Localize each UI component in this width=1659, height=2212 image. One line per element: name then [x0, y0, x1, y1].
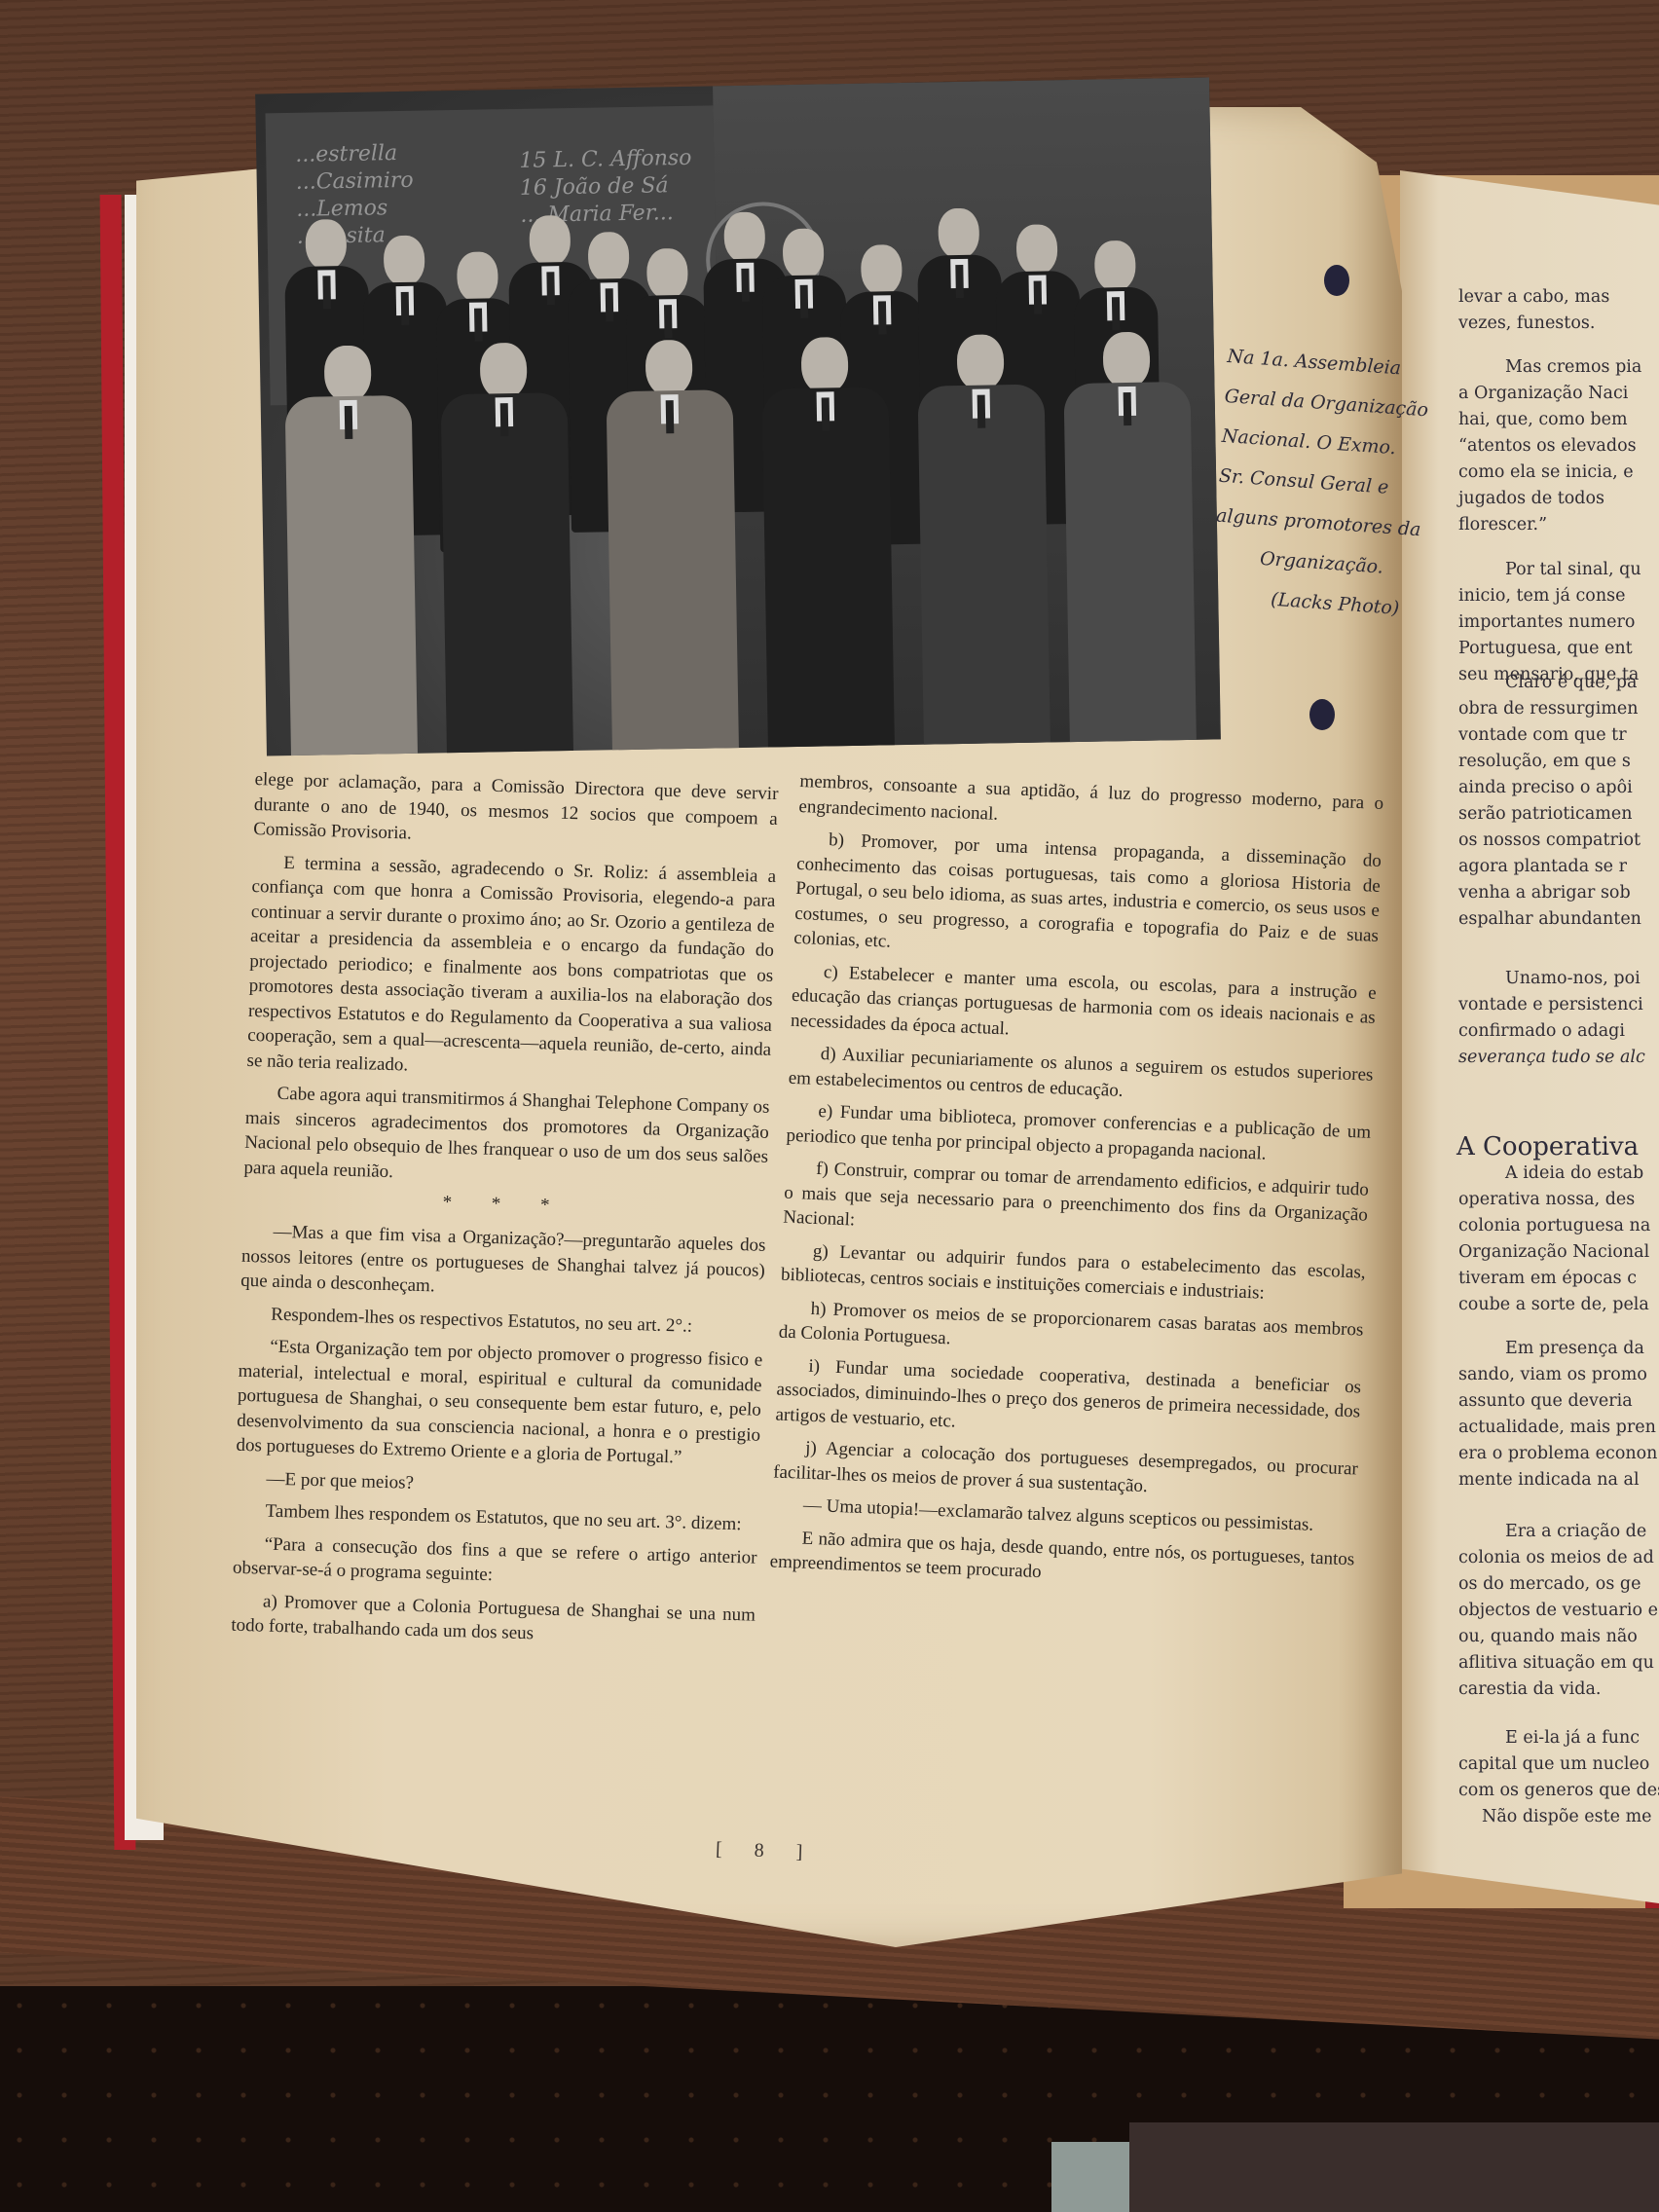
paragraph: Era a criação decolonia os meios de ados… — [1458, 1519, 1658, 1703]
text-line: Por tal sinal, qu — [1458, 557, 1641, 583]
seated-man — [445, 342, 569, 753]
paragraph: elege por aclamação, para a Comissão Dir… — [253, 767, 779, 856]
text-line: obra de ressurgimen — [1458, 696, 1641, 722]
paragraph: —Mas a que fim visa a Organização?—pregu… — [240, 1219, 766, 1308]
text-line: objectos de vestuario e — [1458, 1598, 1658, 1624]
text-line: vezes, funestos. — [1458, 311, 1609, 337]
cloth-corner — [1051, 2142, 1129, 2212]
text-line: carestia da vida. — [1458, 1677, 1658, 1703]
paragraph: A ideia do estaboperativa nossa, descolo… — [1458, 1161, 1650, 1318]
text-line: Organização Nacional — [1458, 1239, 1650, 1266]
seated-man — [766, 336, 890, 747]
text-line: aflitiva situação em qu — [1458, 1650, 1658, 1677]
text-line: vontade e persistenci — [1458, 992, 1645, 1018]
text-line: Em presença da — [1458, 1336, 1657, 1362]
page-number: [ 8 ] — [716, 1838, 817, 1864]
seated-man — [610, 339, 734, 750]
text-line: os nossos compatriot — [1458, 828, 1641, 854]
text-line: confirmado o adagi — [1458, 1018, 1645, 1045]
text-line: Portuguesa, que ent — [1458, 636, 1641, 662]
text-line: importantes numero — [1458, 609, 1641, 636]
text-line: Unamo-nos, poi — [1458, 966, 1645, 992]
list-item-f: f) Construir, comprar ou tomar de arrend… — [783, 1156, 1369, 1252]
text-line: os do mercado, os ge — [1458, 1571, 1658, 1598]
text-line: assunto que deveria — [1458, 1388, 1657, 1415]
right-page-text-area: levar a cabo, masvezes, funestos.Mas cre… — [1400, 0, 1659, 2212]
paragraph: Em presença dasando, viam os promoassunt… — [1458, 1336, 1657, 1493]
paragraph: “Esta Organização tem por objecto promov… — [236, 1334, 762, 1472]
text-line: Mas cremos pia — [1458, 354, 1641, 381]
paragraph: —E por que meios? — [235, 1465, 759, 1505]
text-line: levar a cabo, mas — [1458, 284, 1609, 311]
section-separator: * * * — [242, 1188, 766, 1222]
list-item-c: c) Estabelecer e manter uma escola, ou e… — [791, 958, 1377, 1054]
article-column-middle: membros, consoante a sua aptidão, á luz … — [769, 769, 1384, 1604]
text-line: Claro é que, pa — [1458, 670, 1641, 696]
text-line: venha a abrigar sob — [1458, 880, 1641, 906]
paragraph: Cabe agora aqui transmitirmos á Shanghai… — [243, 1081, 770, 1195]
text-line: severança tudo se alc — [1458, 1045, 1645, 1071]
paragraph: Tambem lhes respondem os Estatutos, que … — [234, 1498, 758, 1538]
decorative-dot-bottom — [1309, 699, 1335, 730]
paragraph: Respondem-lhes os respectivos Estatutos,… — [240, 1301, 764, 1341]
text-line: jugados de todos — [1458, 486, 1641, 512]
paragraph: Unamo-nos, poivontade e persistenciconfi… — [1458, 966, 1645, 1071]
paragraph: Mas cremos piaa Organização Nacihai, que… — [1458, 354, 1641, 538]
text-line: mente indicada na al — [1458, 1467, 1657, 1493]
photo-caption: Na 1a. Assembleia Geral da Organização N… — [1209, 337, 1394, 627]
text-line: ou, quando mais não — [1458, 1624, 1658, 1650]
seated-man — [922, 334, 1046, 745]
text-line: espalhar abundanten — [1458, 906, 1641, 933]
article-column-left: elege por aclamação, para a Comissão Dir… — [231, 767, 779, 1660]
text-line: capital que um nucleo — [1458, 1751, 1659, 1778]
text-line: hai, que, como bem — [1458, 407, 1641, 433]
text-line: florescer.” — [1458, 512, 1641, 538]
text-line: agora plantada se r — [1458, 854, 1641, 880]
text-line: vontade com que tr — [1458, 722, 1641, 749]
paragraph: levar a cabo, masvezes, funestos. — [1458, 284, 1609, 337]
seated-man — [289, 345, 413, 756]
list-item-b: b) Promover, por uma intensa propaganda,… — [793, 827, 1382, 973]
text-line: actualidade, mais pren — [1458, 1415, 1657, 1441]
text-line: ainda preciso o apôi — [1458, 775, 1641, 801]
text-line: resolução, em que s — [1458, 749, 1641, 775]
paragraph: a) Promover que a Colonia Portuguesa de … — [231, 1588, 756, 1652]
text-line: inicio, tem já conse — [1458, 583, 1641, 609]
text-line: A ideia do estab — [1458, 1161, 1650, 1187]
text-line: E ei-la já a func — [1458, 1725, 1659, 1751]
text-line: como ela se inicia, e — [1458, 460, 1641, 486]
text-line: a Organização Naci — [1458, 381, 1641, 407]
text-line: era o problema econon — [1458, 1441, 1657, 1467]
paragraph: “Para a consecução dos fins a que se ref… — [233, 1530, 757, 1595]
paragraph: Por tal sinal, quinicio, tem já conseimp… — [1458, 557, 1641, 688]
list-item-i: i) Fundar uma sociedade cooperativa, des… — [775, 1352, 1361, 1449]
seated-man — [1068, 331, 1192, 742]
paragraph: E termina a sessão, agradecendo o Sr. Ro… — [246, 849, 776, 1087]
text-line: “atentos os elevados — [1458, 433, 1641, 460]
text-line: coube a sorte de, pela — [1458, 1292, 1650, 1318]
text-line: Era a criação de — [1458, 1519, 1658, 1545]
text-line: com os generos que desc — [1458, 1778, 1659, 1804]
group-photograph: ...estrella ...Casimiro ...Lemos ...Rosi… — [255, 78, 1221, 756]
paragraph: Claro é que, paobra de ressurgimenvontad… — [1458, 670, 1641, 933]
text-line: colonia portuguesa na — [1458, 1213, 1650, 1239]
text-line: operativa nossa, des — [1458, 1187, 1650, 1213]
section-heading: A Cooperativa — [1456, 1132, 1639, 1161]
text-line: colonia os meios de ad — [1458, 1545, 1658, 1571]
decorative-dot-top — [1324, 265, 1349, 296]
text-line: sando, viam os promo — [1458, 1362, 1657, 1388]
text-line: Não dispõe este me — [1458, 1804, 1659, 1830]
paragraph: E ei-la já a funccapital que um nucleoco… — [1458, 1725, 1659, 1830]
text-line: tiveram em épocas c — [1458, 1266, 1650, 1292]
text-line: serão patrioticamen — [1458, 801, 1641, 828]
